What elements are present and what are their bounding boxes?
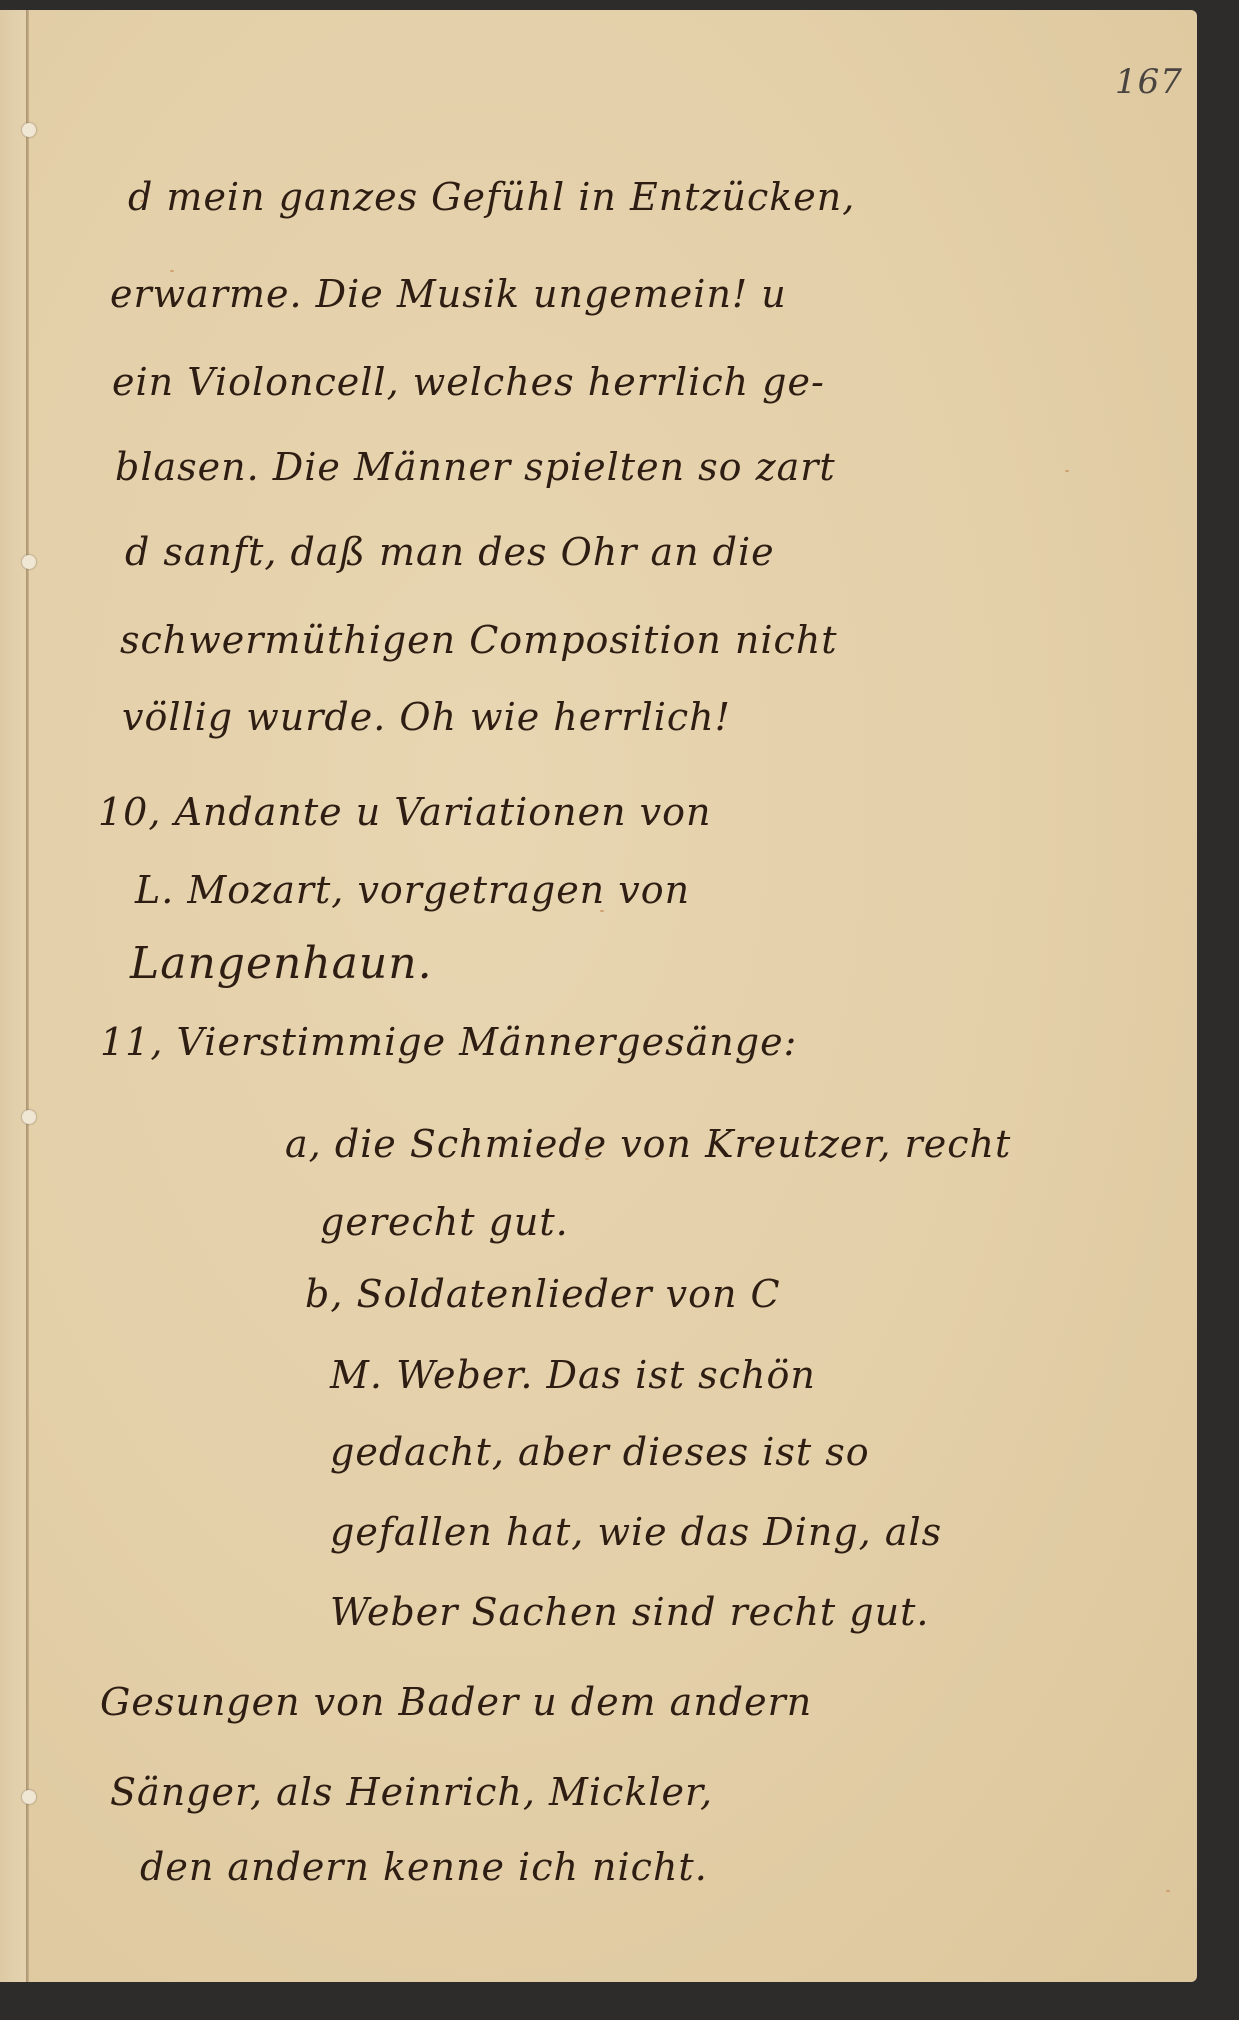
list-item-10: 10, Andante u Variationen von [98,790,712,834]
text-line: L. Mozart, vorgetragen von [135,868,690,912]
paper-speck [140,200,144,202]
list-item-11: 11, Vierstimmige Männergesänge: [100,1020,797,1064]
text-line: erwarme. Die Musik ungemein! u [110,272,787,316]
folio-number: 167 [1115,62,1183,102]
text-line: gedacht, aber dieses ist so [330,1430,870,1474]
paper-speck [170,270,174,272]
text-line: M. Weber. Das ist schön [330,1353,816,1397]
binding-gutter [26,10,29,1982]
text-line: Weber Sachen sind recht gut. [330,1590,929,1634]
binding-stitch [22,555,36,569]
paper-speck [585,1158,589,1160]
text-line: völlig wurde. Oh wie herrlich! [122,695,731,739]
paper-speck [1065,470,1069,472]
text-line: schwermüthigen Composition nicht [120,618,838,662]
binding-stitch [22,1790,36,1804]
text-line: Sänger, als Heinrich, Mickler, [110,1770,713,1814]
binding-stitch [22,123,36,137]
text-line: d mein ganzes Gefühl in Entzücken, [128,175,855,219]
performer-name: Langenhaun. [130,938,433,989]
text-line: blasen. Die Männer spielten so zart [115,445,836,489]
binding-stitch [22,1110,36,1124]
paper-speck [600,910,604,912]
text-line: den andern kenne ich nicht. [140,1845,708,1889]
paper-speck [1166,1890,1170,1892]
text-line: ein Violoncell, welches herrlich ge- [112,360,825,404]
text-line: d sanft, daß man des Ohr an die [125,530,775,574]
previous-leaf-edge [0,10,27,1982]
manuscript-page: 167 d mein ganzes Gefühl in Entzücken, e… [0,10,1197,1982]
text-line: gerecht gut. [320,1200,569,1244]
sub-item-b: b, Soldatenlieder von C [305,1272,781,1316]
text-line: gefallen hat, wie das Ding, als [330,1510,942,1554]
sub-item-a: a, die Schmiede von Kreutzer, recht [285,1122,1011,1166]
text-line: Gesungen von Bader u dem andern [100,1680,812,1724]
